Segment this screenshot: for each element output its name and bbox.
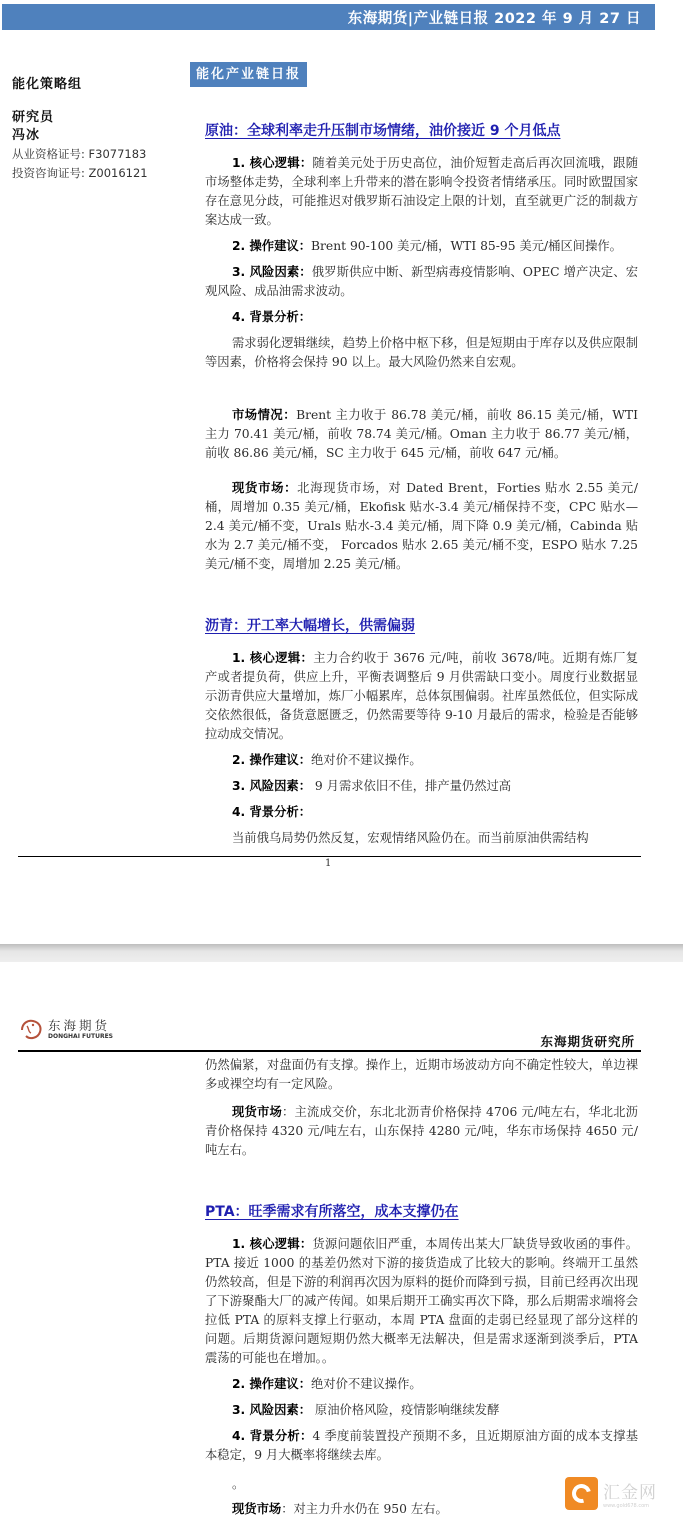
report-header-title: 东海期货|产业链日报 2022 年 9 月 27 日	[348, 7, 641, 28]
page-separator	[0, 944, 683, 962]
page2-header-rule	[18, 1050, 641, 1052]
watermark-url: www.gold678.com	[603, 1503, 657, 1509]
pta-title[interactable]: PTA：旺季需求有所落空，成本支撑仍在	[205, 1201, 638, 1221]
crude-background-label: 4. 背景分析：	[205, 308, 638, 327]
report-header-bar: 东海期货|产业链日报 2022 年 9 月 27 日	[2, 4, 655, 30]
consulting-cert: 投资咨询证号: Z0016121	[12, 164, 148, 183]
asphalt-background-p1: 当前俄乌局势仍然反复，宏观情绪风险仍在。而当前原油供需结构	[205, 829, 638, 848]
strategy-group-label: 能化策略组	[12, 73, 82, 92]
crude-oil-title[interactable]: 原油：全球利率走升压制市场情绪，油价接近 9 个月低点	[205, 120, 638, 140]
crude-oil-section: 原油：全球利率走升压制市场情绪，油价接近 9 个月低点 1. 核心逻辑：随着美元…	[205, 120, 638, 574]
asphalt-spot: 现货市场：主流成交价，东北北沥青价格保持 4706 元/吨左右，华北北沥青价格保…	[205, 1103, 638, 1160]
pta-advice: 2. 操作建议：绝对价不建议操作。	[205, 1375, 638, 1394]
asphalt-background-p2: 仍然偏紧，对盘面仍有支撑。操作上，近期市场波动方向不确定性较大，单边裸多或裸空均…	[205, 1056, 638, 1094]
analyst-info: 研究员 冯冰 从业资格证号: F3077183 投资咨询证号: Z0016121	[12, 109, 148, 183]
pta-section: PTA：旺季需求有所落空，成本支撑仍在 1. 核心逻辑：货源问题依旧严重，本周传…	[205, 1201, 638, 1519]
crude-spot: 现货市场：北海现货市场，对 Dated Brent，Forties 贴水 2.5…	[205, 479, 638, 574]
pta-risk: 3. 风险因素： 原油价格风险，疫情影响继续发酵	[205, 1401, 638, 1420]
asphalt-background-label: 4. 背景分析：	[205, 803, 638, 822]
gold678-logo-icon	[565, 1477, 598, 1510]
crude-background: 需求弱化逻辑继续，趋势上价格中枢下移，但是短期由于库存以及供应限制等因素，价格将…	[205, 334, 638, 372]
qualification-cert: 从业资格证号: F3077183	[12, 145, 148, 164]
page-number: 1	[325, 858, 331, 869]
institute-name: 东海期货研究所	[540, 1032, 635, 1050]
watermark-name: 汇金网	[603, 1478, 657, 1503]
asphalt-core-logic: 1. 核心逻辑：主力合约收于 3676 元/吨，前收 3678/吨。近期有炼厂复…	[205, 649, 638, 744]
logo-text-en: DONGHAI FUTURES	[48, 1033, 113, 1041]
crude-risk: 3. 风险因素：俄罗斯供应中断、新型病毒疫情影响、OPEC 增产决定、宏观风险、…	[205, 263, 638, 301]
asphalt-section-continued: 仍然偏紧，对盘面仍有支撑。操作上，近期市场波动方向不确定性较大，单边裸多或裸空均…	[205, 1056, 638, 1160]
report-type-badge: 能化产业链日报	[190, 62, 307, 87]
page-footer-rule	[18, 856, 641, 857]
gold678-watermark: 汇金网 www.gold678.com	[565, 1477, 657, 1510]
logo-text-cn: 东海期货	[48, 1019, 113, 1033]
donghai-logo: 东海期货 DONGHAI FUTURES	[18, 1018, 113, 1042]
pta-background: 4. 背景分析：4 季度前装置投产预期不多，且近期原油方面的成本支撑基本稳定，9…	[205, 1427, 638, 1465]
crude-market: 市场情况：Brent 主力收于 86.78 美元/桶，前收 86.15 美元/桶…	[205, 406, 638, 463]
asphalt-advice: 2. 操作建议：绝对价不建议操作。	[205, 751, 638, 770]
analyst-name: 冯冰	[12, 127, 148, 145]
dragon-logo-icon	[18, 1018, 44, 1042]
crude-core-logic: 1. 核心逻辑：随着美元处于历史高位，油价短暂走高后再次回流哦，跟随市场整体走势…	[205, 154, 638, 230]
crude-advice: 2. 操作建议：Brent 90-100 美元/桶，WTI 85-95 美元/桶…	[205, 237, 638, 256]
asphalt-risk: 3. 风险因素： 9 月需求依旧不佳，排产量仍然过高	[205, 777, 638, 796]
asphalt-title[interactable]: 沥青：开工率大幅增长，供需偏弱	[205, 615, 638, 635]
pta-core-logic: 1. 核心逻辑：货源问题依旧严重，本周传出某大厂缺货导致收函的事件。PTA 接近…	[205, 1235, 638, 1368]
asphalt-section: 沥青：开工率大幅增长，供需偏弱 1. 核心逻辑：主力合约收于 3676 元/吨，…	[205, 615, 638, 848]
analyst-role: 研究员	[12, 109, 148, 127]
